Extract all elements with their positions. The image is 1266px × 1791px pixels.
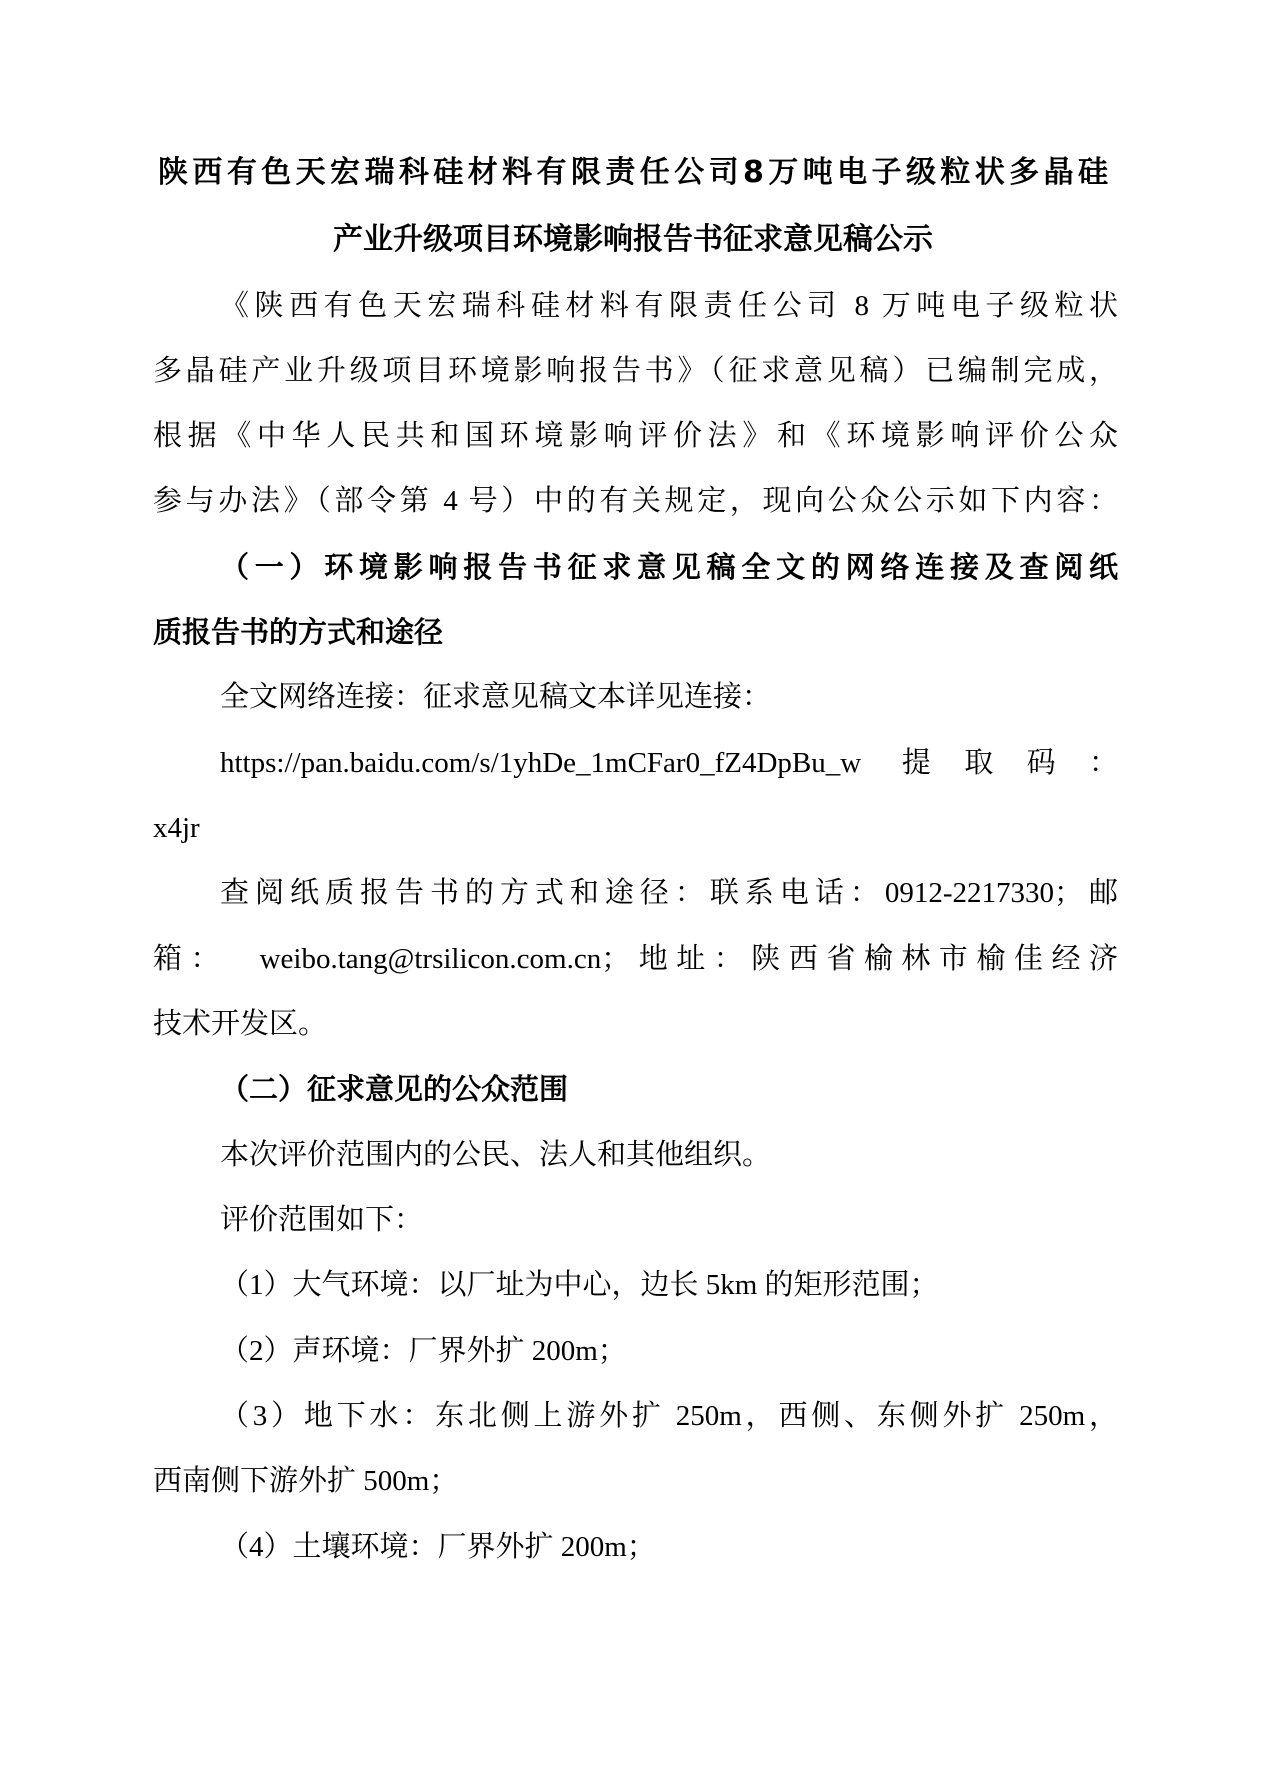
paper-copy-label: 查阅纸质报告书的方式和途径：联系电话： <box>220 877 885 909</box>
paper-copy-line-1: 查阅纸质报告书的方式和途径：联系电话：0912-2217330；邮 <box>220 871 1118 915</box>
section-1-heading-line-1: （一）环境影响报告书征求意见稿全文的网络连接及查阅纸 <box>220 545 1118 589</box>
range-item-groundwater-line-2: 西南侧下游外扩 500m； <box>153 1459 1118 1503</box>
range-item-noise: （2）声环境：厂界外扩 200m； <box>220 1329 1118 1373</box>
evaluation-range-intro: 评价范围如下： <box>220 1198 1118 1242</box>
intro-paragraph-line-4: 参与办法》（部令第 4 号）中的有关规定，现向公众公示如下内容： <box>153 479 1118 523</box>
document-title-line-2: 产业升级项目环境影响报告书征求意见稿公示 <box>0 218 1266 262</box>
range-item-atmosphere: （1）大气环境：以厂址为中心，边长 5km 的矩形范围； <box>220 1263 1118 1307</box>
document-title-line-1: 陕西有色天宏瑞科硅材料有限责任公司8万吨电子级粒状多晶硅 <box>158 151 1108 195</box>
download-url-link[interactable]: https://pan.baidu.com/s/1yhDe_1mCFar0_fZ… <box>220 747 861 779</box>
section-2-heading: （二）征求意见的公众范围 <box>220 1067 1118 1111</box>
paper-copy-line-3: 技术开发区。 <box>153 1002 1118 1046</box>
range-item-groundwater-line-1: （3）地下水：东北侧上游外扩 250m，西侧、东侧外扩 250m， <box>220 1394 1118 1438</box>
intro-paragraph-line-1: 《陕西有色天宏瑞科硅材料有限责任公司 8 万吨电子级粒状 <box>220 284 1118 328</box>
paper-copy-suffix: ；邮 <box>1054 877 1118 909</box>
section-1-heading-line-2: 质报告书的方式和途径 <box>153 610 1118 654</box>
extraction-code: x4jr <box>153 806 1118 850</box>
download-link-line: https://pan.baidu.com/s/1yhDe_1mCFar0_fZ… <box>220 741 1118 785</box>
intro-paragraph-line-2: 多晶硅产业升级项目环境影响报告书》（征求意见稿）已编制完成， <box>153 349 1118 393</box>
extraction-code-label: 提取码： <box>902 747 1118 779</box>
intro-paragraph-line-3: 根据《中华人民共和国环境影响评价法》和《环境影响评价公众 <box>153 414 1118 458</box>
contact-email-link[interactable]: weibo.tang@trsilicon.com.cn <box>260 943 602 975</box>
online-link-label: 全文网络连接：征求意见稿文本详见连接： <box>220 675 1118 719</box>
address-text: ；地址：陕西省榆林市榆佳经济 <box>601 943 1118 975</box>
public-scope-text: 本次评价范围内的公民、法人和其他组织。 <box>220 1133 1118 1177</box>
document-page: 陕西有色天宏瑞科硅材料有限责任公司8万吨电子级粒状多晶硅 产业升级项目环境影响报… <box>0 0 1266 1791</box>
contact-phone: 0912-2217330 <box>885 877 1054 909</box>
range-item-soil: （4）土壤环境：厂界外扩 200m； <box>220 1525 1118 1569</box>
paper-copy-line-2: 箱： weibo.tang@trsilicon.com.cn；地址：陕西省榆林市… <box>153 937 1118 981</box>
email-label: 箱： <box>153 943 228 975</box>
